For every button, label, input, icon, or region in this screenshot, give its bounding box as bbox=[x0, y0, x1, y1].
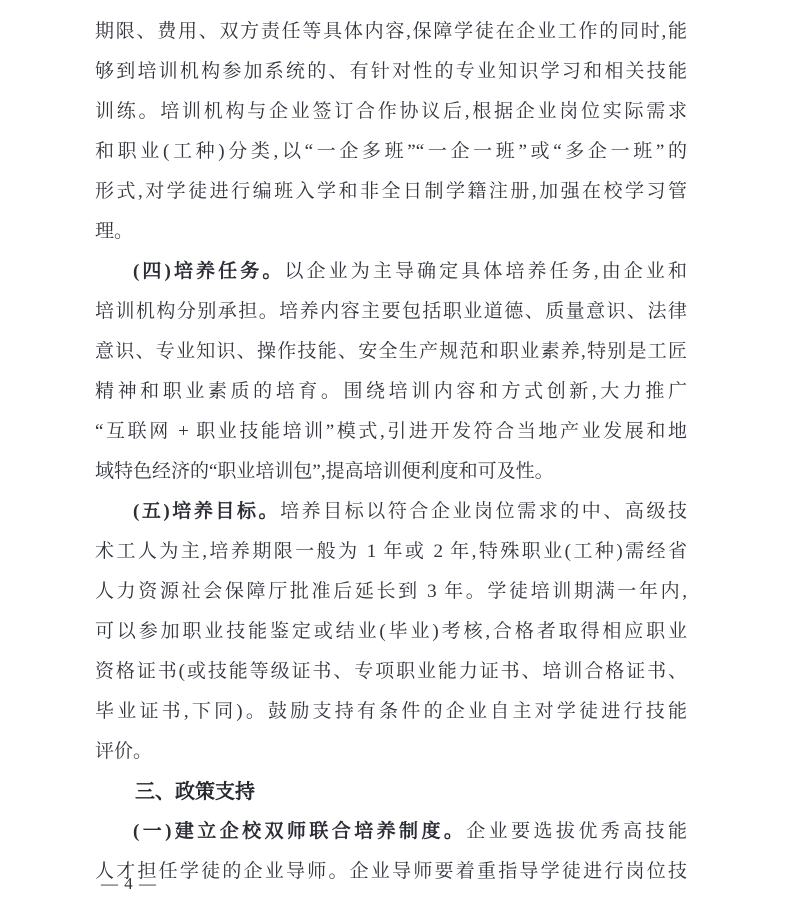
text-line: (五)培养目标。培养目标以符合企业岗位需求的中、高级技 bbox=[95, 492, 687, 532]
text-line: 培训机构分别承担。培养内容主要包括职业道德、质量意识、法律 bbox=[95, 292, 687, 332]
text-line: 人才担任学徒的企业导师。企业导师要着重指导学徒进行岗位技 bbox=[95, 852, 687, 892]
body-text: 可以参加职业技能鉴定或结业(毕业)考核,合格者取得相应职业 bbox=[95, 621, 687, 642]
body-text: 以企业为主导确定具体培养任务,由企业和 bbox=[284, 261, 687, 282]
text-line: 期限、费用、双方责任等具体内容,保障学徒在企业工作的同时,能 bbox=[95, 12, 687, 52]
body-text: 术工人为主,培养期限一般为 1 年或 2 年,特殊职业(工种)需经省 bbox=[95, 541, 687, 562]
item-title-text: (四)培养任务。 bbox=[133, 261, 284, 282]
document-body: 期限、费用、双方责任等具体内容,保障学徒在企业工作的同时,能够到培训机构参加系统… bbox=[95, 12, 687, 892]
text-line: 意识、专业知识、操作技能、安全生产规范和职业素养,特别是工匠 bbox=[95, 332, 687, 372]
body-text: 够到培训机构参加系统的、有针对性的专业知识学习和相关技能 bbox=[95, 61, 687, 82]
text-line: 可以参加职业技能鉴定或结业(毕业)考核,合格者取得相应职业 bbox=[95, 612, 687, 652]
text-line: 够到培训机构参加系统的、有针对性的专业知识学习和相关技能 bbox=[95, 52, 687, 92]
body-text: 域特色经济的“职业培训包”,提高培训便利度和可及性。 bbox=[95, 461, 554, 482]
body-text: 意识、专业知识、操作技能、安全生产规范和职业素养,特别是工匠 bbox=[95, 341, 687, 362]
text-line: 训练。培训机构与企业签订合作协议后,根据企业岗位实际需求 bbox=[95, 92, 687, 132]
body-text: 企业要选拔优秀高技能 bbox=[466, 821, 687, 842]
body-text: 培养目标以符合企业岗位需求的中、高级技 bbox=[280, 501, 687, 522]
text-line: 精神和职业素质的培育。围绕培训内容和方式创新,大力推广 bbox=[95, 372, 687, 412]
body-text: 期限、费用、双方责任等具体内容,保障学徒在企业工作的同时,能 bbox=[95, 21, 687, 42]
item-title-text: (一)建立企校双师联合培养制度。 bbox=[133, 821, 466, 842]
body-text: “互联网 + 职业技能培训”模式,引进开发符合当地产业发展和地 bbox=[95, 421, 687, 442]
text-line: (一)建立企校双师联合培养制度。企业要选拔优秀高技能 bbox=[95, 812, 687, 852]
body-text: 人才担任学徒的企业导师。企业导师要着重指导学徒进行岗位技 bbox=[95, 861, 687, 882]
page-number: — 4 — bbox=[101, 872, 157, 896]
body-text: 和职业(工种)分类,以“一企多班”“一企一班”或“多企一班”的 bbox=[95, 141, 687, 162]
body-text: 三、政策支持 bbox=[135, 781, 255, 803]
text-line: 资格证书(或技能等级证书、专项职业能力证书、培训合格证书、 bbox=[95, 652, 687, 692]
body-text: 评价。 bbox=[95, 741, 152, 762]
body-text: 资格证书(或技能等级证书、专项职业能力证书、培训合格证书、 bbox=[95, 661, 687, 682]
body-text: 毕业证书,下同)。鼓励支持有条件的企业自主对学徒进行技能 bbox=[95, 701, 687, 722]
text-line: 人力资源社会保障厅批准后延长到 3 年。学徒培训期满一年内, bbox=[95, 572, 687, 612]
text-line: 形式,对学徒进行编班入学和非全日制学籍注册,加强在校学习管 bbox=[95, 172, 687, 212]
body-text: 训练。培训机构与企业签订合作协议后,根据企业岗位实际需求 bbox=[95, 101, 687, 122]
text-line: “互联网 + 职业技能培训”模式,引进开发符合当地产业发展和地 bbox=[95, 412, 687, 452]
body-text: 培训机构分别承担。培养内容主要包括职业道德、质量意识、法律 bbox=[95, 301, 687, 322]
body-text: 理。 bbox=[95, 221, 133, 242]
text-line: 域特色经济的“职业培训包”,提高培训便利度和可及性。 bbox=[95, 452, 687, 492]
text-line: (四)培养任务。以企业为主导确定具体培养任务,由企业和 bbox=[95, 252, 687, 292]
body-text: 人力资源社会保障厅批准后延长到 3 年。学徒培训期满一年内, bbox=[95, 581, 687, 602]
section-heading: 三、政策支持 bbox=[95, 772, 687, 812]
page: 期限、费用、双方责任等具体内容,保障学徒在企业工作的同时,能够到培训机构参加系统… bbox=[0, 0, 800, 915]
text-line: 和职业(工种)分类,以“一企多班”“一企一班”或“多企一班”的 bbox=[95, 132, 687, 172]
text-line: 理。 bbox=[95, 212, 687, 252]
text-line: 术工人为主,培养期限一般为 1 年或 2 年,特殊职业(工种)需经省 bbox=[95, 532, 687, 572]
text-line: 毕业证书,下同)。鼓励支持有条件的企业自主对学徒进行技能 bbox=[95, 692, 687, 732]
body-text: 形式,对学徒进行编班入学和非全日制学籍注册,加强在校学习管 bbox=[95, 181, 687, 202]
body-text: 精神和职业素质的培育。围绕培训内容和方式创新,大力推广 bbox=[95, 381, 687, 402]
text-line: 评价。 bbox=[95, 732, 687, 772]
item-title-text: (五)培养目标。 bbox=[133, 501, 280, 522]
